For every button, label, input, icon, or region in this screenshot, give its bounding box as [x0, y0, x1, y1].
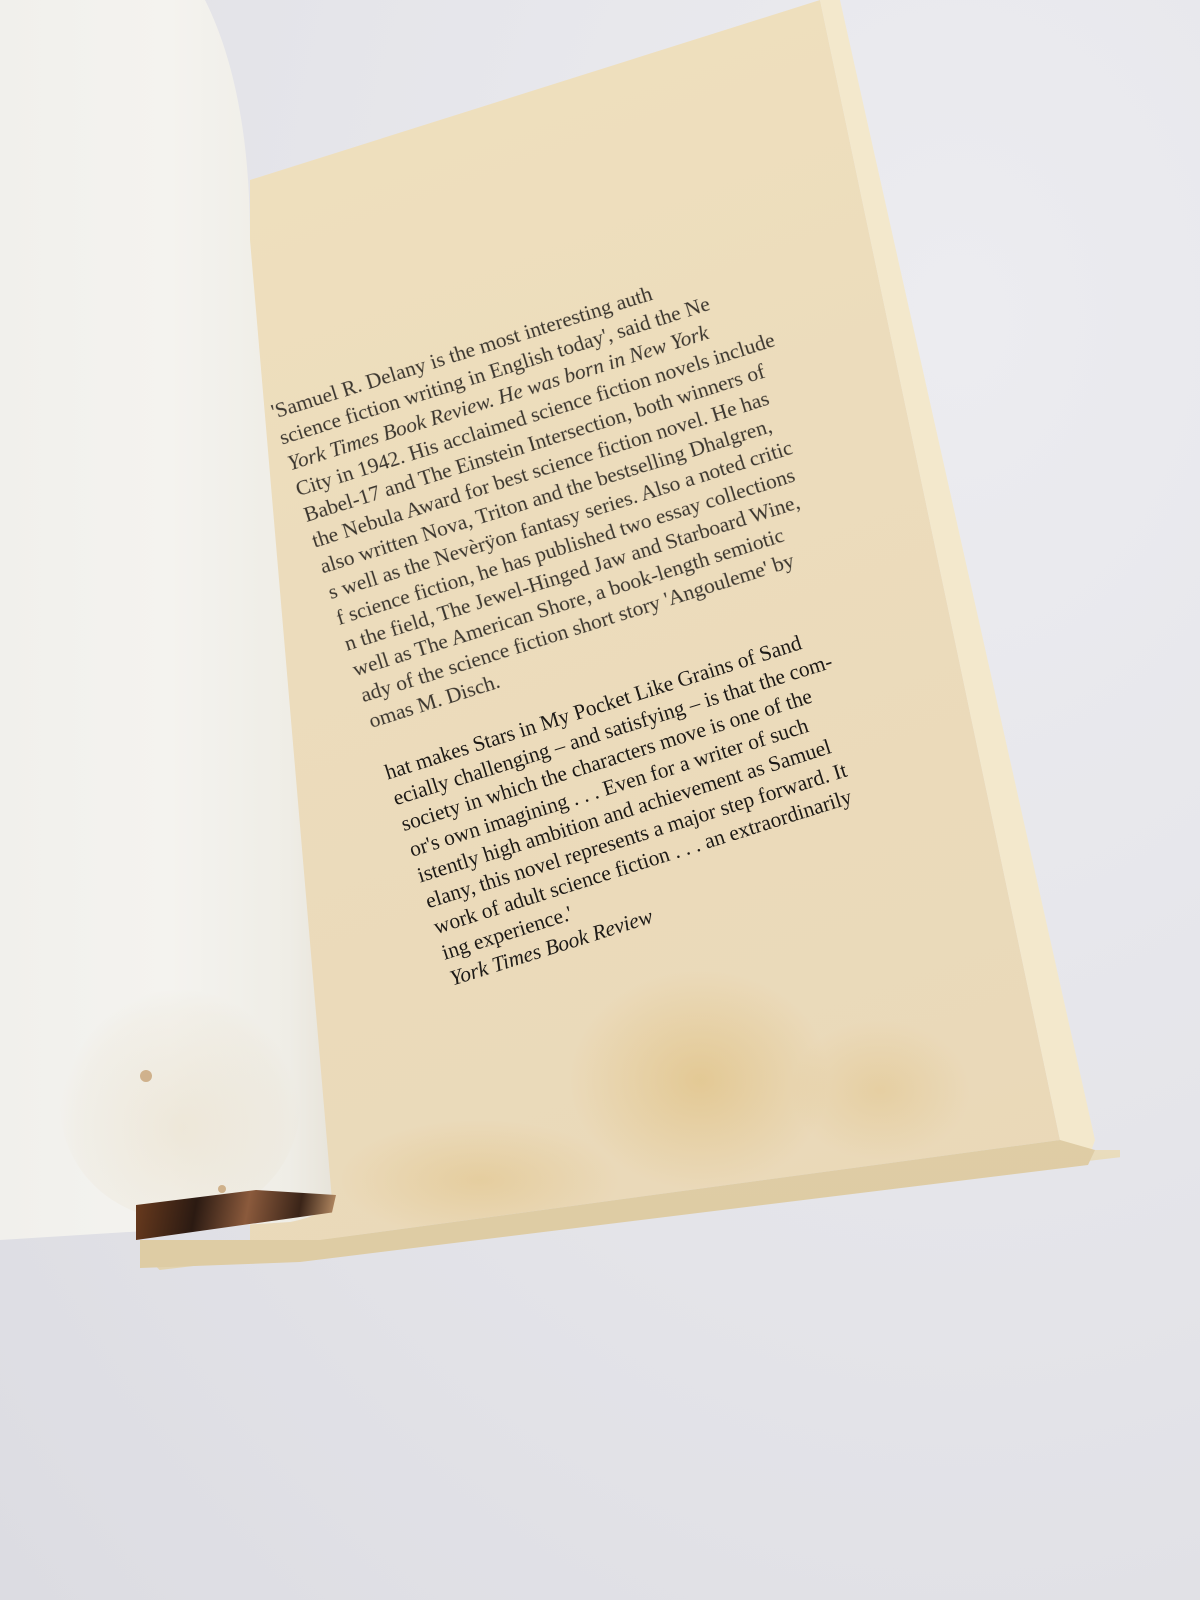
water-stain — [60, 990, 300, 1220]
stain-spot — [218, 1185, 226, 1193]
stain-spot — [140, 1070, 152, 1082]
